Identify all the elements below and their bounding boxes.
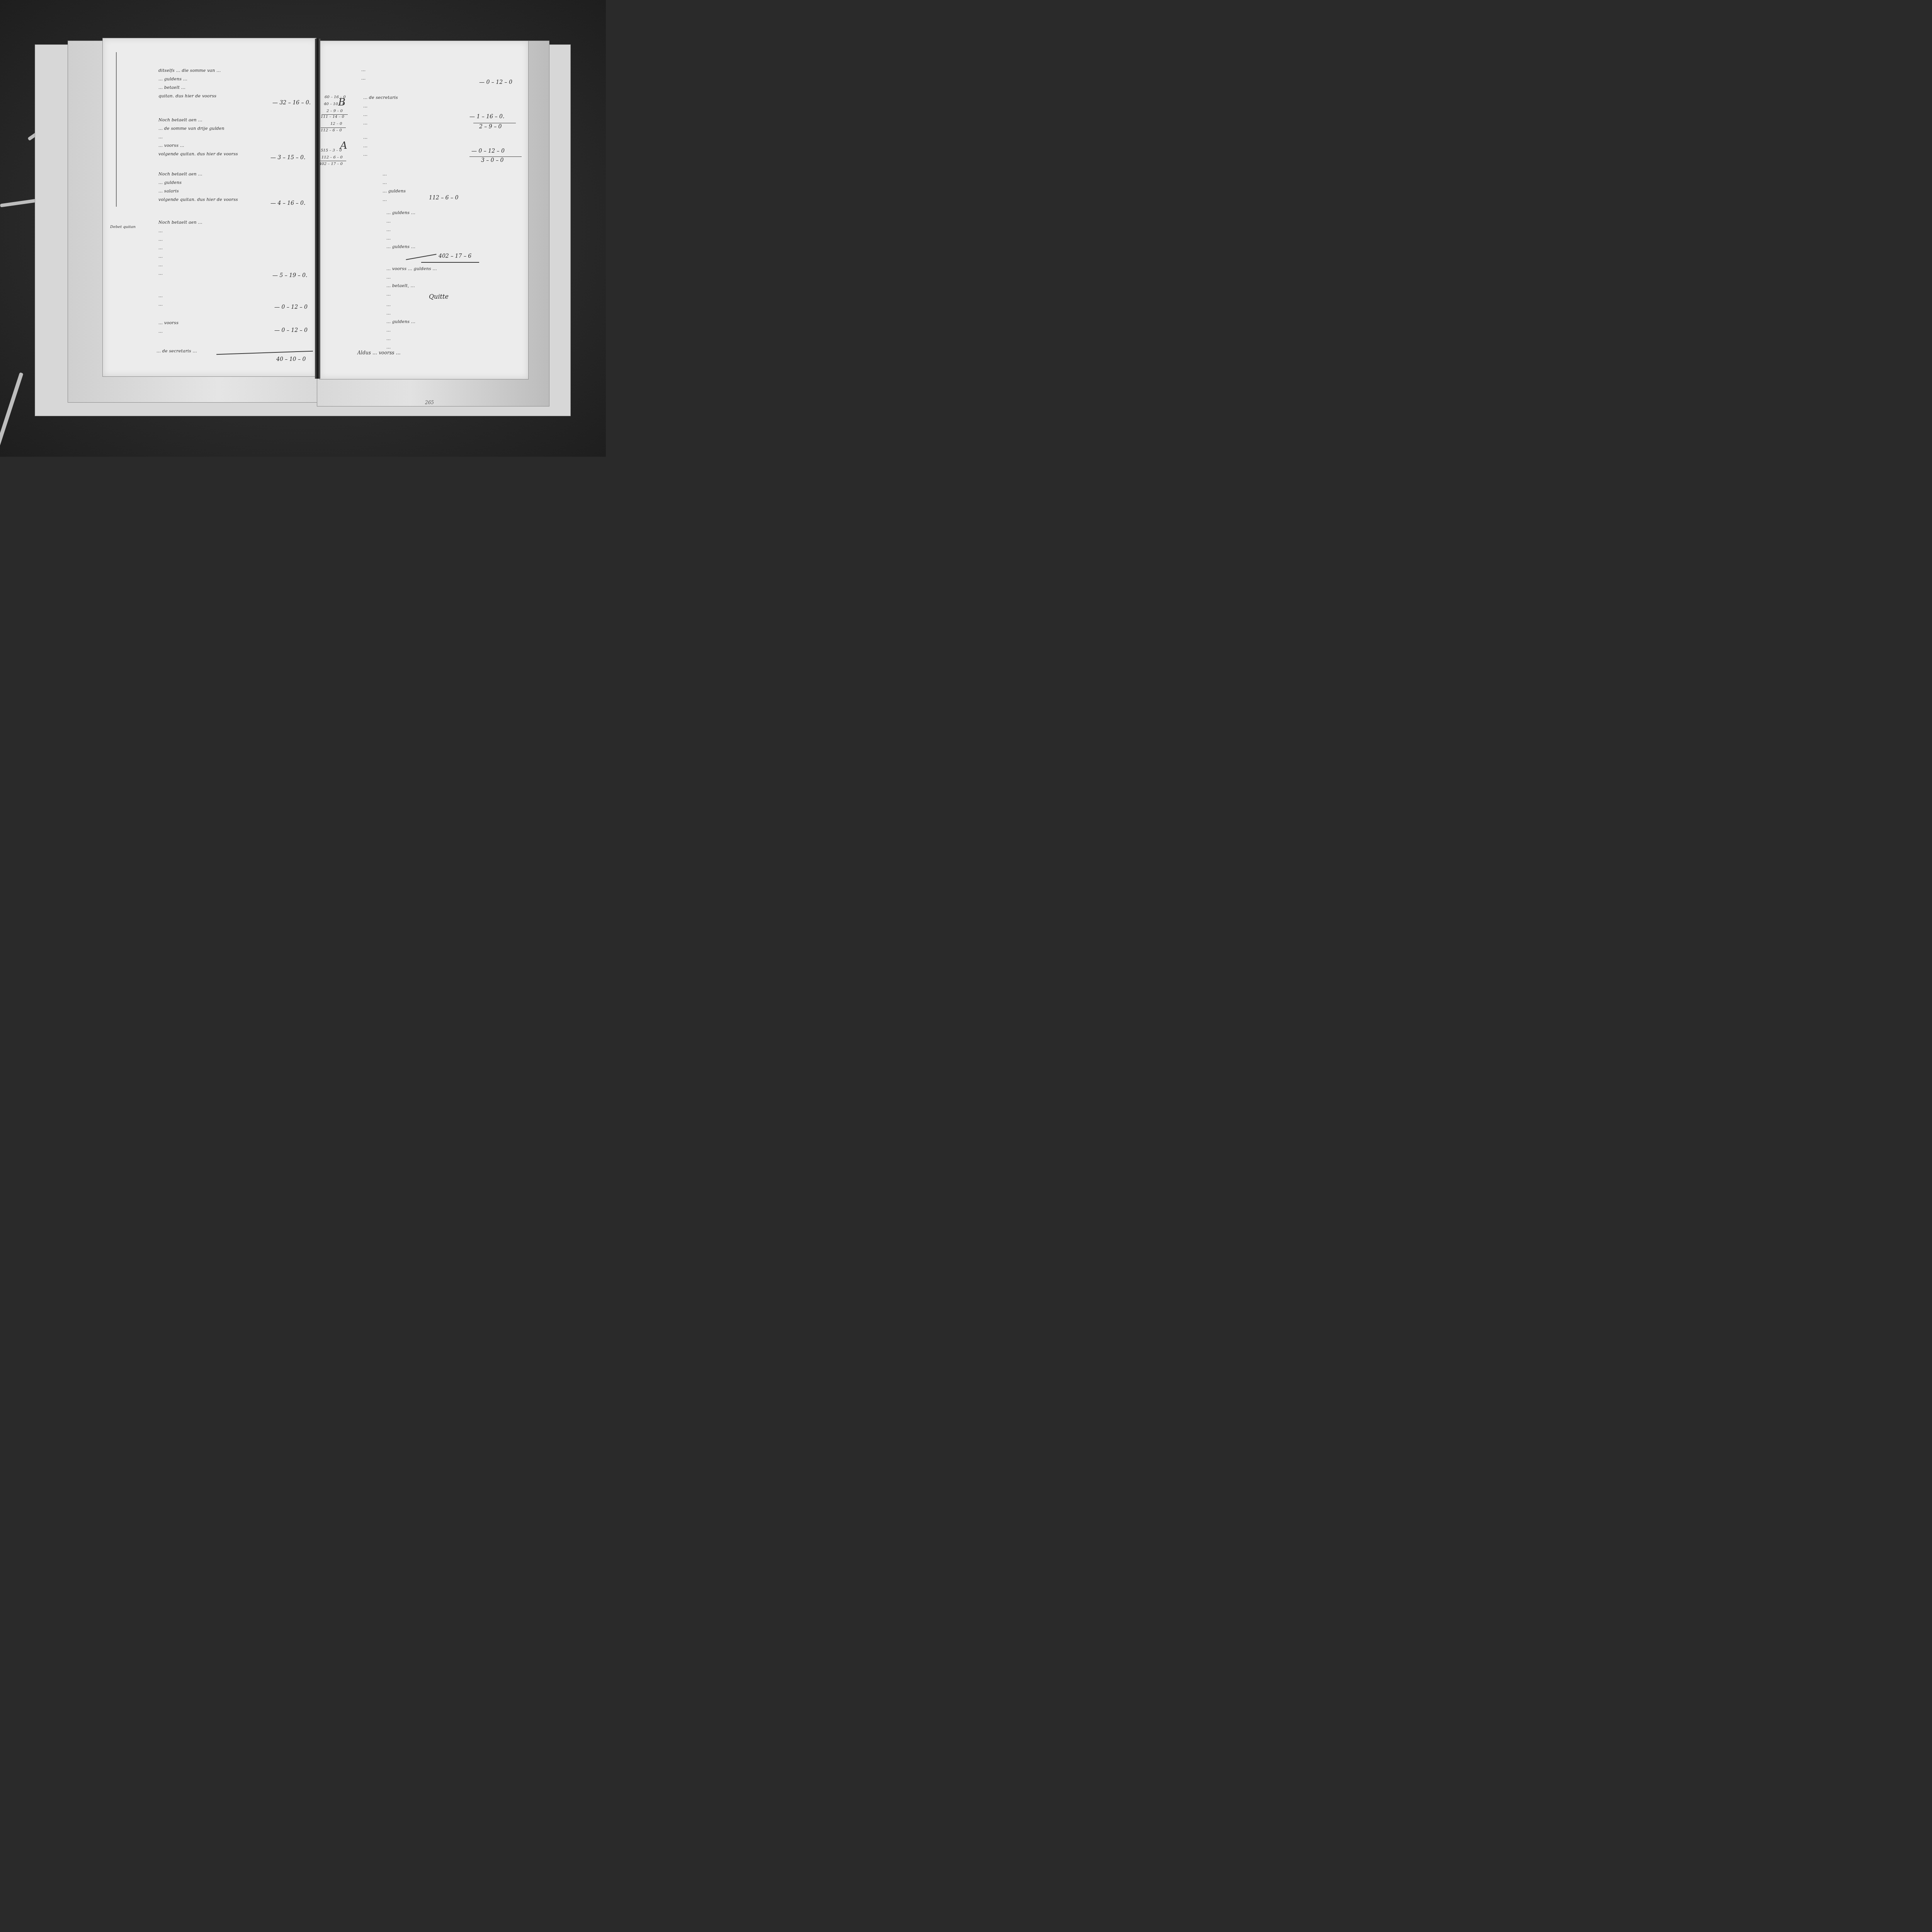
entry-line: ... guldens ... <box>386 209 415 217</box>
entry-line: ... <box>386 309 415 318</box>
sum-rule <box>473 123 516 123</box>
margin-sum-total: 402 – 17 – 0 <box>319 160 343 168</box>
entry-line: ... <box>361 74 366 83</box>
entry-line: ... <box>363 150 367 159</box>
left-entry-2: Noch betaelt aen ... ... de somme van dr… <box>158 116 238 158</box>
entry-line: ... <box>383 179 406 187</box>
entry-line: quitan. dus hier de voorss <box>158 92 221 100</box>
right-subtotal-3: 3 – 0 – 0 <box>481 157 504 163</box>
right-amount-2: — 1 – 16 – 0. <box>469 114 504 120</box>
entry-line: ... voorss ... guldens ... <box>386 265 437 273</box>
right-page <box>319 41 529 379</box>
entry-line: ... <box>363 133 367 142</box>
left-entry-7: ... de secretaris ... <box>156 347 197 355</box>
right-entry-closing: Aldus ... voorss ... <box>357 349 401 357</box>
signature-quitte: Quitte <box>429 293 449 300</box>
left-amount-6: — 0 – 12 – 0 <box>274 327 308 333</box>
entry-line: ... betaelt ... <box>158 83 221 92</box>
margin-note-debet: Debet quitan <box>110 223 136 231</box>
entry-line: ... <box>363 142 367 150</box>
left-amount-3: — 4 – 16 – 0. <box>270 200 305 206</box>
right-entry-4: ... ... ... guldens ... <box>383 170 406 204</box>
entry-line: ... <box>363 102 398 111</box>
margin-sum-line: 515 – 3 – 0 <box>321 147 342 154</box>
entry-line: ... de secretaris <box>363 94 398 102</box>
entry-line: ditselfs ... die somme van ... <box>158 66 221 75</box>
entry-line: ... guldens <box>383 187 406 196</box>
entry-line: ... <box>158 227 202 235</box>
right-entry-1: ... ... <box>361 66 366 83</box>
entry-line: ... voorss <box>158 319 179 327</box>
entry-line: ... <box>158 252 202 261</box>
page-number: 265 <box>425 400 434 405</box>
entry-line: ... <box>383 196 406 204</box>
book-gutter <box>315 39 320 379</box>
entry-line: ... salaris <box>158 187 238 196</box>
entry-line: ... <box>386 273 437 282</box>
entry-line: ... <box>386 234 415 243</box>
entry-line: ... guldens ... <box>386 318 415 326</box>
entry-line: Noch betaelt aen ... <box>158 218 202 227</box>
entry-line: ... <box>386 226 415 234</box>
left-entry-5: ... ... <box>158 292 163 309</box>
left-amount-1: — 32 – 16 – 0. <box>272 100 311 106</box>
sum-rule <box>421 262 479 263</box>
entry-line: volgende quitan. dus hier de voorss <box>158 196 238 204</box>
entry-line: Noch betaelt aen ... <box>158 170 238 179</box>
entry-line: ... <box>158 327 179 336</box>
entry-line: ... <box>361 66 366 74</box>
right-entry-2: ... de secretaris ... ... ... <box>363 94 398 128</box>
right-amount-5: 402 – 17 – 6 <box>439 253 471 259</box>
entry-line: ... guldens ... <box>386 243 415 251</box>
entry-line: ... <box>158 235 202 244</box>
entry-line: ... <box>363 119 398 128</box>
entry-line: ... <box>158 133 238 141</box>
left-entry-1: ditselfs ... die somme van ... ... gulde… <box>158 66 221 100</box>
right-amount-3: — 0 – 12 – 0 <box>471 148 505 154</box>
entry-line: volgende quitan. dus hier de voorss <box>158 150 238 158</box>
entry-line: ... de secretaris ... <box>156 347 197 355</box>
right-entry-3: ... ... ... <box>363 133 367 159</box>
left-entry-3: Noch betaelt aen ... ... guldens ... sal… <box>158 170 238 204</box>
entry-line: ... voorss ... <box>158 141 238 150</box>
entry-line: ... <box>158 292 163 300</box>
margin-sum-total: 112 – 6 – 0 <box>321 127 342 134</box>
entry-line: ... <box>383 170 406 179</box>
entry-line: ... <box>386 326 415 335</box>
entry-line: ... <box>386 335 415 343</box>
entry-line: Aldus ... voorss ... <box>357 349 401 357</box>
right-subtotal-2: 2 – 9 – 0 <box>479 124 502 130</box>
entry-line: Noch betaelt aen ... <box>158 116 238 124</box>
left-entry-6: ... voorss ... <box>158 319 179 336</box>
margin-letter-b: B <box>338 97 345 108</box>
left-amount-4: — 5 – 19 – 0. <box>272 272 307 279</box>
entry-line: ... <box>363 111 398 119</box>
entry-line: ... <box>158 244 202 252</box>
entry-line: ... <box>386 217 415 226</box>
left-total: 40 – 10 – 0 <box>276 356 306 362</box>
right-amount-1: — 0 – 12 – 0 <box>479 79 512 85</box>
entry-line: ... de somme van drije gulden <box>158 124 238 133</box>
left-amount-2: — 3 – 15 – 0. <box>270 155 305 161</box>
entry-line: ... <box>158 300 163 309</box>
entry-line: ... guldens <box>158 179 238 187</box>
sum-rule <box>469 156 522 157</box>
margin-rule <box>116 52 117 207</box>
margin-sum-subtotal: 111 – 14 – 0 <box>321 113 344 121</box>
right-entry-5: ... guldens ... ... ... ... ... guldens … <box>386 209 415 251</box>
left-entry-4: Noch betaelt aen ... ... ... ... ... ...… <box>158 218 202 278</box>
entry-line: ... <box>386 301 415 309</box>
margin-letter-a: A <box>340 140 347 151</box>
right-amount-4: 112 – 6 – 0 <box>429 195 458 201</box>
right-entry-7: ... ... ... guldens ... ... ... ... <box>386 301 415 352</box>
left-amount-5: — 0 – 12 – 0 <box>274 304 308 310</box>
entry-line: ... betaelt, ... <box>386 282 437 290</box>
entry-line: ... <box>158 269 202 278</box>
entry-line: ... <box>158 261 202 269</box>
entry-line: ... guldens ... <box>158 75 221 83</box>
